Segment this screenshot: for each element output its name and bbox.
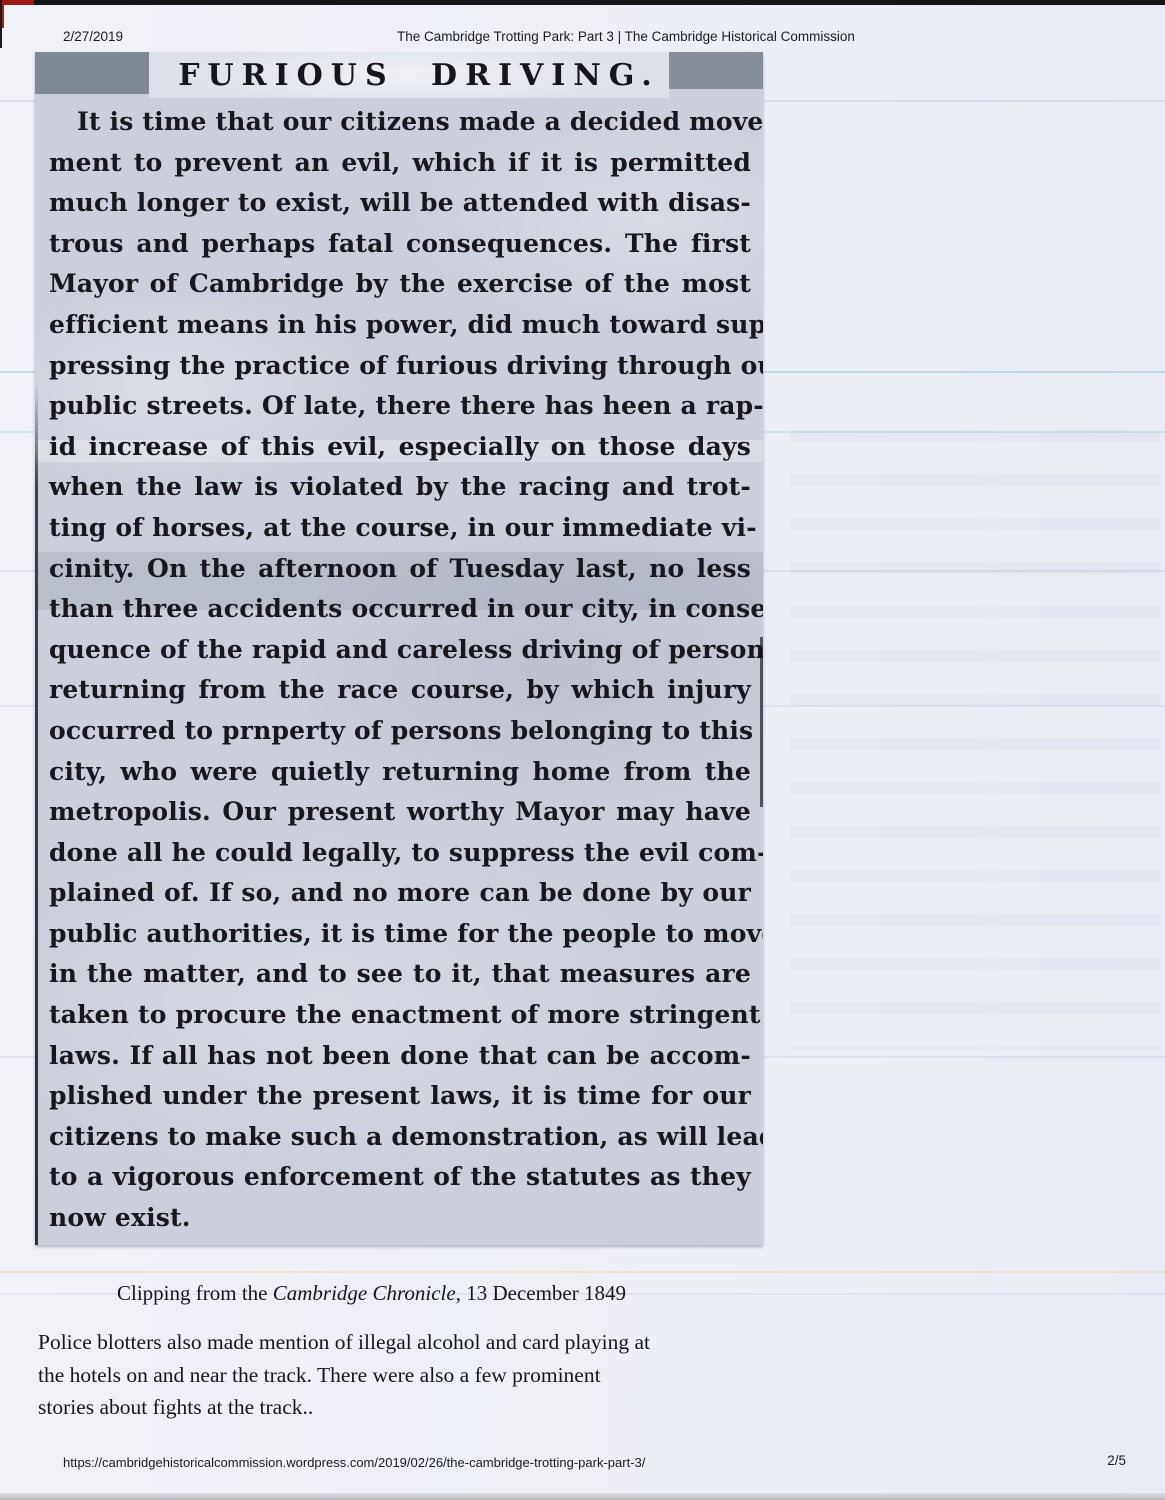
clipping-line: done all he could legally, to suppress t… [49, 833, 751, 874]
clipping-line: trous and perhaps fatal consequences. Th… [49, 224, 751, 265]
clipping-edge-shadow-left [35, 382, 38, 1245]
page-bleedthrough [790, 430, 1160, 1050]
clipping-line: plished under the present laws, it is ti… [49, 1076, 751, 1117]
clipping-line: pressing the practice of furious driving… [49, 346, 751, 387]
clipping-edge-shadow-right [760, 637, 763, 807]
clipping-line: in the matter, and to see to it, that me… [49, 954, 751, 995]
paragraph-line: Police blotters also made mention of ill… [38, 1326, 778, 1359]
clipping-line: Mayor of Cambridge by the exercise of th… [49, 264, 751, 305]
clipping-line: metropolis. Our present worthy Mayor may… [49, 792, 751, 833]
paragraph-line: stories about fights at the track.. [38, 1391, 778, 1424]
clipping-line: city, who were quietly returning home fr… [49, 752, 751, 793]
print-footer-page-number: 2/5 [1107, 1453, 1126, 1468]
clipping-line: than three accidents occurred in our cit… [49, 589, 751, 630]
print-header-title: The Cambridge Trotting Park: Part 3 | Th… [397, 29, 855, 44]
caption-suffix: , 13 December 1849 [456, 1281, 626, 1305]
clipping-line: ting of horses, at the course, in our im… [49, 508, 751, 549]
clipping-line: public authorities, it is time for the p… [49, 914, 751, 955]
caption-source-name: Cambridge Chronicle [273, 1281, 456, 1305]
clipping-line: returning from the race course, by which… [49, 670, 751, 711]
clipping-line: to a vigorous enforcement of the statute… [49, 1157, 751, 1198]
clipping-line: ment to prevent an evil, which if it is … [49, 143, 751, 184]
clipping-masthead-bar-left [35, 52, 149, 94]
print-footer-url: https://cambridgehistoricalcommission.wo… [63, 1455, 645, 1470]
clipping-line: efficient means in his power, did much t… [49, 305, 751, 346]
paragraph-line: the hotels on and near the track. There … [38, 1359, 778, 1392]
newspaper-clipping-image: FURIOUS DRIVING. It is time that our cit… [35, 52, 763, 1245]
clipping-line: quence of the rapid and careless driving… [49, 630, 751, 671]
clipping-line: id increase of this evil, especially on … [49, 427, 751, 468]
clipping-article-text: It is time that our citizens made a deci… [49, 102, 751, 1239]
scan-line [0, 1271, 1165, 1273]
clipping-line: taken to procure the enactment of more s… [49, 995, 751, 1036]
clipping-line: occurred to prnperty of persons belongin… [49, 711, 751, 752]
caption-prefix: Clipping from the [117, 1281, 273, 1305]
clipping-line: now exist. [49, 1198, 751, 1239]
print-page: 2/27/2019 The Cambridge Trotting Park: P… [0, 0, 1165, 1500]
clipping-headline: FURIOUS DRIVING. [149, 58, 689, 93]
scan-edge-top [0, 0, 1165, 5]
clipping-line: laws. If all has not been done that can … [49, 1036, 751, 1077]
clipping-line: It is time that our citizens made a deci… [49, 102, 751, 143]
scan-edge-bottom [0, 1493, 1165, 1500]
clipping-line: citizens to make such a demonstration, a… [49, 1117, 751, 1158]
article-paragraph: Police blotters also made mention of ill… [38, 1326, 778, 1424]
print-header-date: 2/27/2019 [63, 29, 123, 44]
clipping-line: cinity. On the afternoon of Tuesday last… [49, 549, 751, 590]
clipping-line: plained of. If so, and no more can be do… [49, 873, 751, 914]
clipping-line: when the law is violated by the racing a… [49, 467, 751, 508]
image-caption: Clipping from the Cambridge Chronicle, 1… [117, 1281, 626, 1306]
clipping-line: much longer to exist, will be attended w… [49, 183, 751, 224]
scan-edge-left [0, 0, 2, 48]
clipping-line: public streets. Of late, there there has… [49, 386, 751, 427]
red-pen-mark-horizontal [0, 0, 34, 5]
